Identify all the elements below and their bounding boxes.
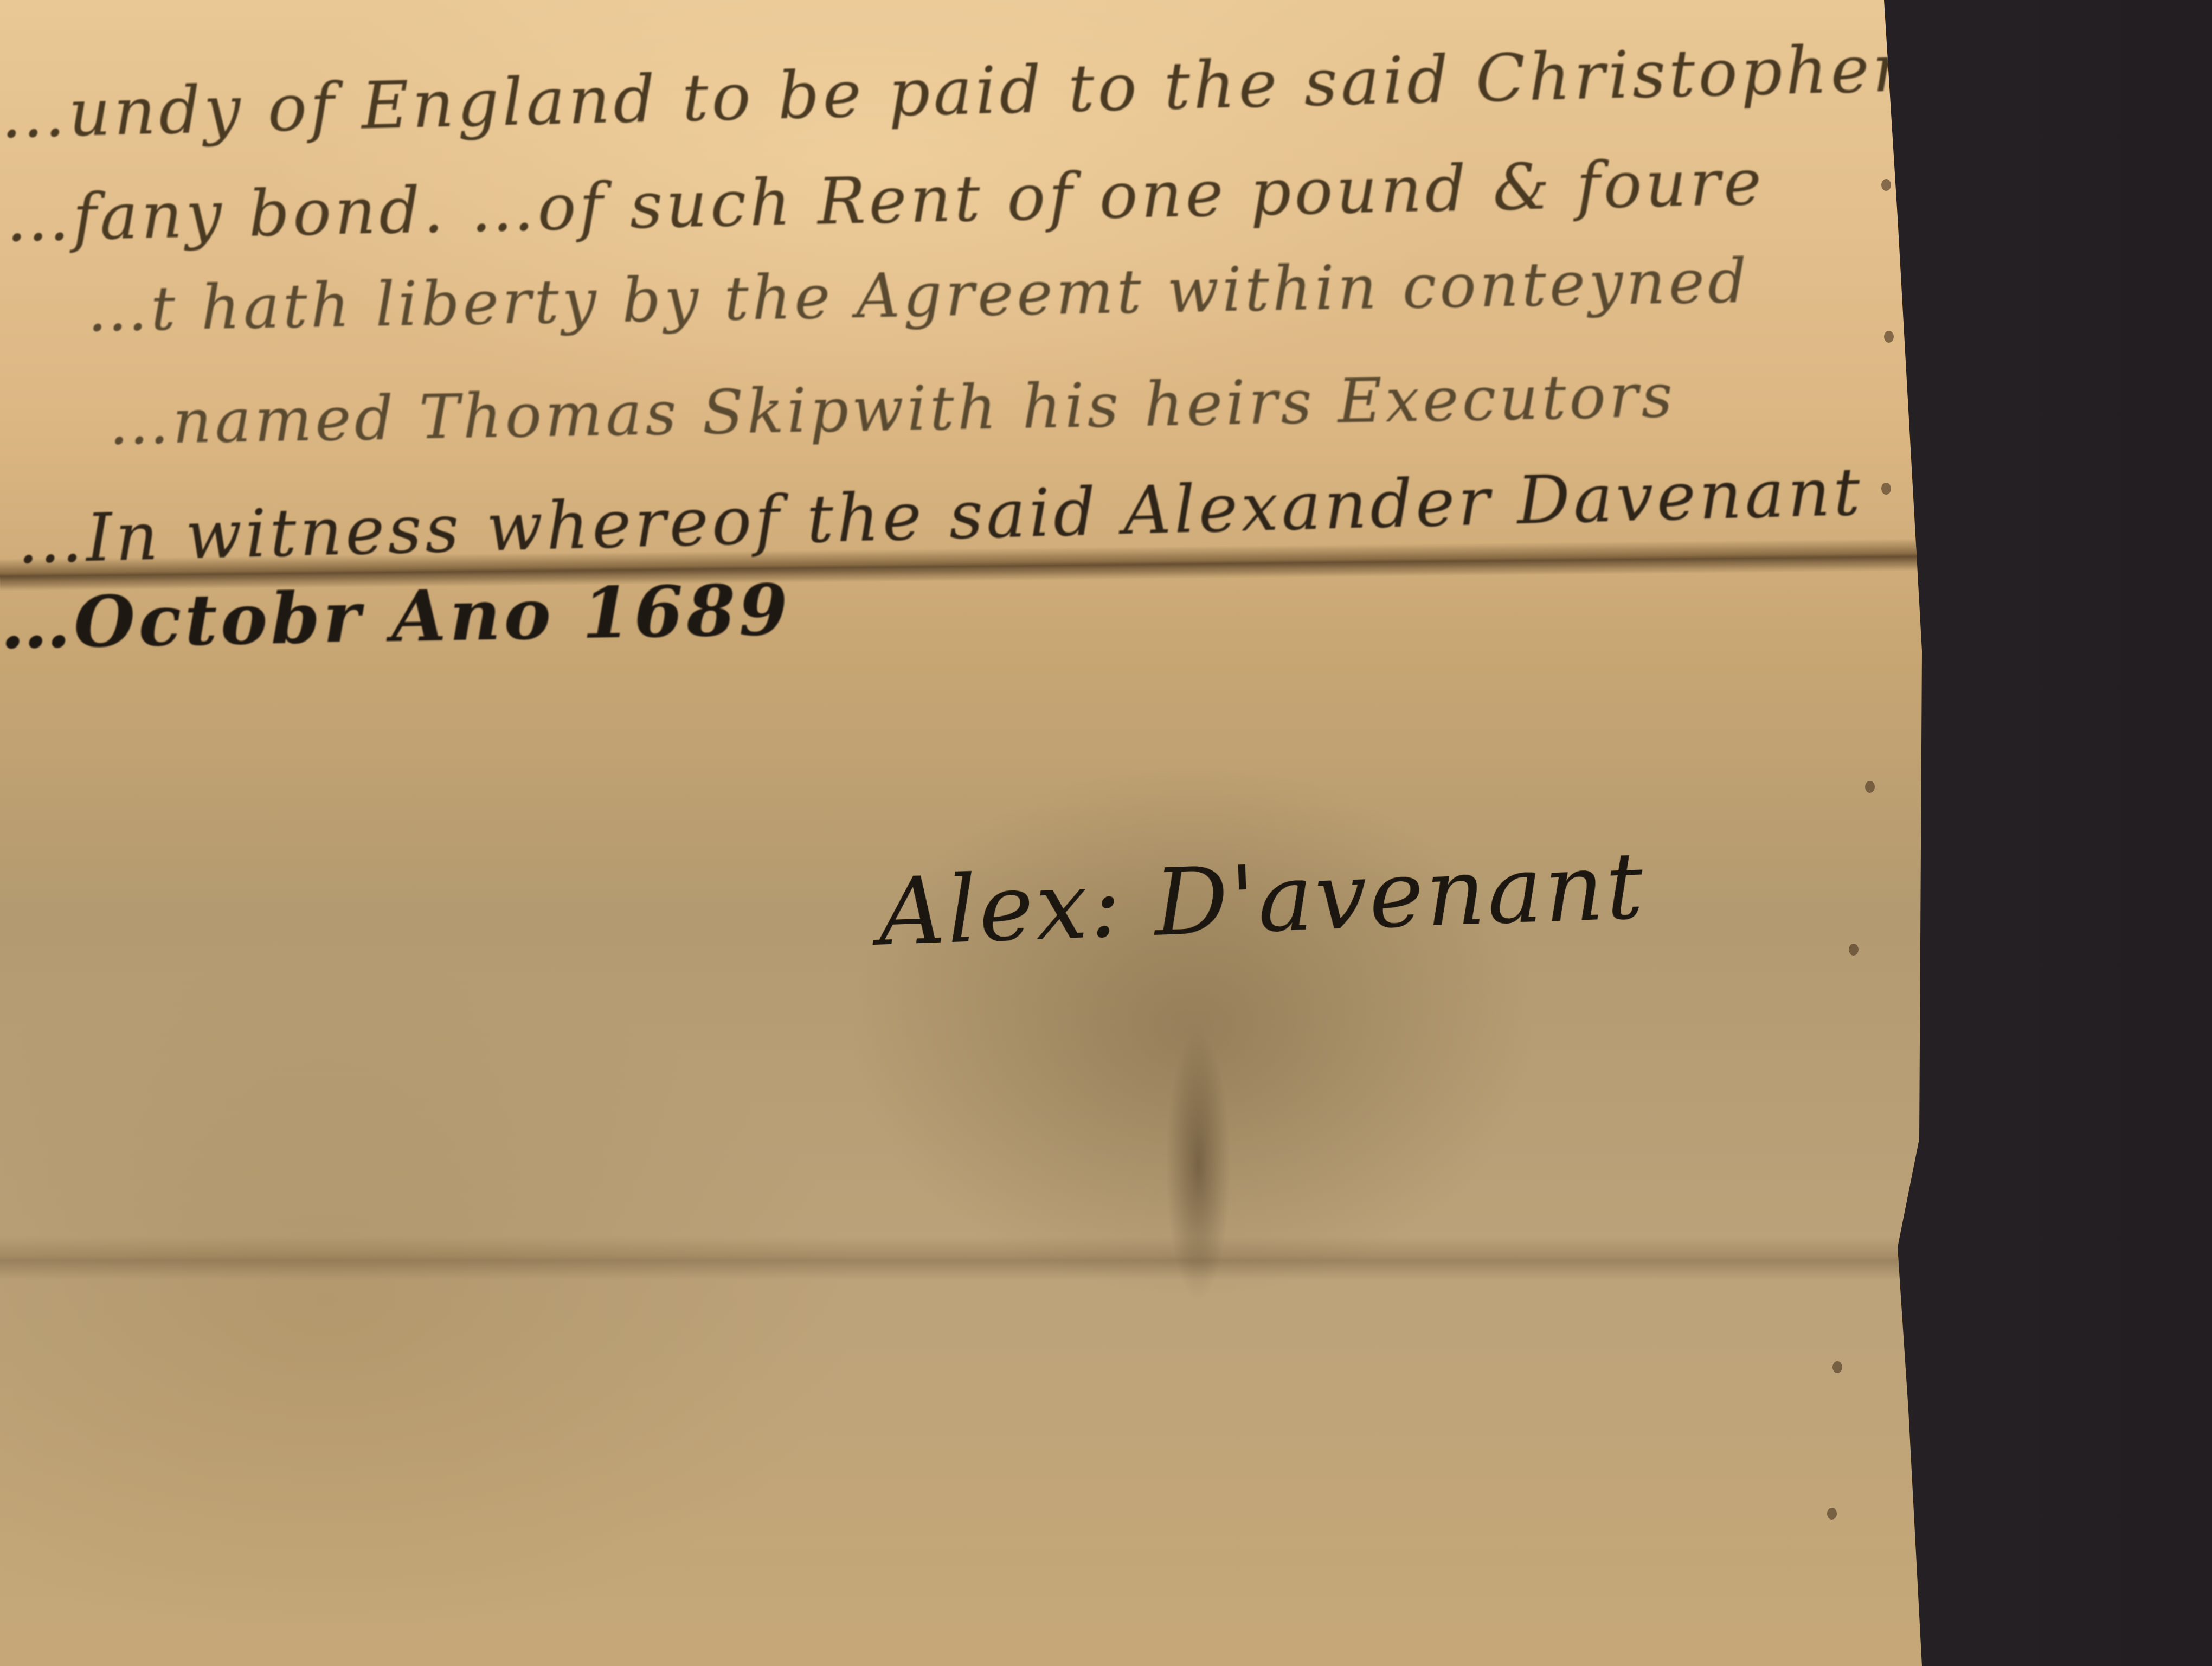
lower-fold-crease [0,1236,1922,1280]
pinhole-mark [1832,1361,1842,1373]
pinhole-mark [1865,781,1875,793]
text-line-3: …t hath liberty by the Agreemt within co… [86,246,1751,345]
vertical-stain [1166,1030,1231,1302]
pinhole-mark [1884,331,1894,343]
parchment-document: …undy of England to be paid to the said … [0,0,1922,1666]
text-line-1: …undy of England to be paid to the said … [0,31,1908,153]
signature: Alex: D'avenant [877,832,1647,966]
text-line-2: …fany bond. …of such Rent of one pound &… [5,144,1765,256]
pinhole-mark [1881,179,1891,191]
pinhole-mark [1849,944,1859,956]
text-line-4: …named Thomas Skipwith his heirs Executo… [108,361,1676,458]
pinhole-mark [1827,1508,1837,1520]
date-line: …Octobr Ano 1689 [0,568,792,664]
pinhole-mark [1881,483,1891,495]
